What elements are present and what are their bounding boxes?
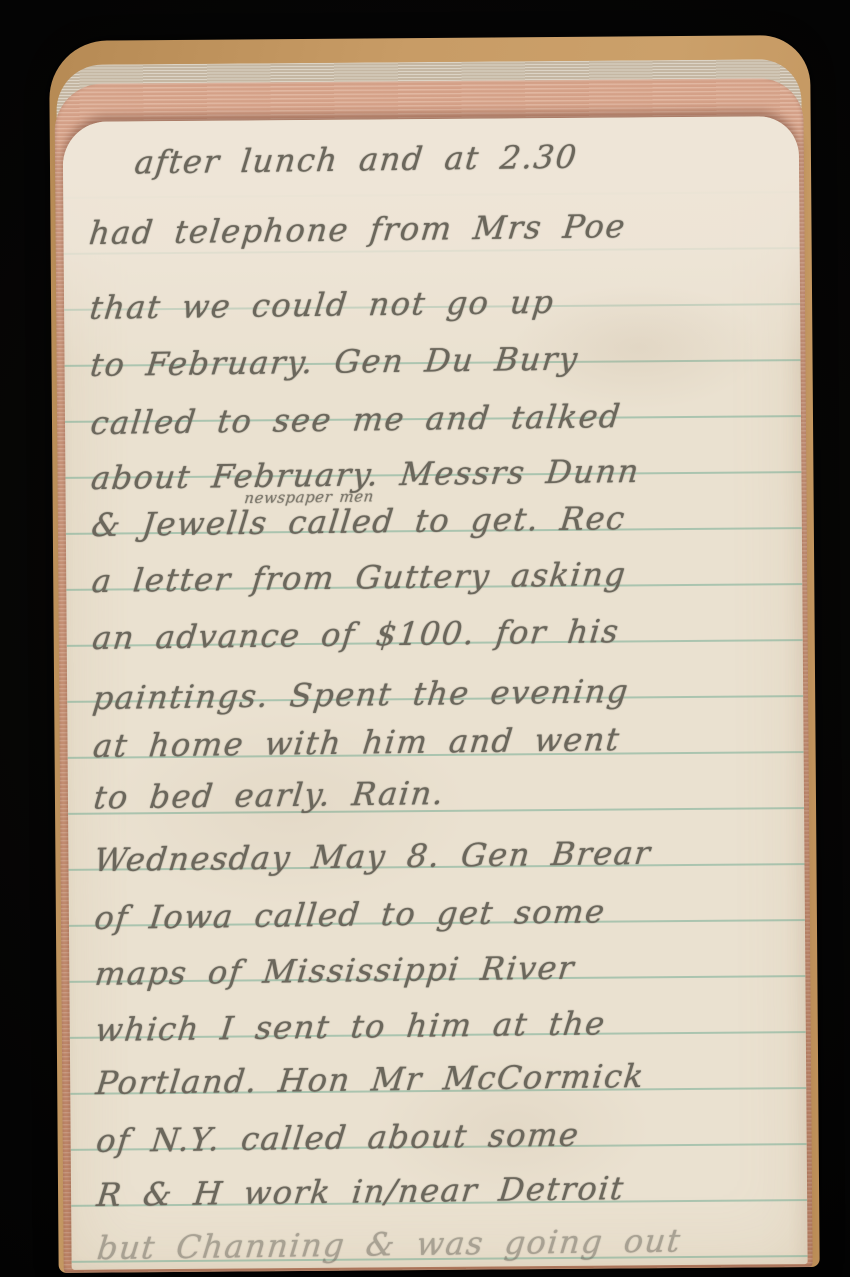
handwriting-line: at home with him and went — [91, 720, 622, 765]
handwriting-lines: after lunch and at 2.30had telephone fro… — [63, 116, 808, 1270]
handwriting-line: to bed early. Rain. — [92, 774, 447, 817]
handwriting-line: which I sent to him at the — [94, 1004, 608, 1049]
handwriting-line: but Channing & was going out — [95, 1222, 683, 1268]
handwriting-line: Portland. Hon Mr McCormick — [94, 1057, 647, 1102]
interline-note: newspaper men — [243, 487, 374, 507]
notebook: after lunch and at 2.30had telephone fro… — [49, 35, 820, 1273]
handwriting-line: maps of Mississippi River — [93, 949, 577, 993]
handwriting-line: that we could not go up — [88, 283, 557, 327]
handwriting-line: Wednesday May 8. Gen Brear — [92, 834, 653, 879]
handwriting-line: paintings. Spent the evening — [91, 672, 631, 717]
photo-background: after lunch and at 2.30had telephone fro… — [0, 0, 850, 1277]
handwriting-line: after lunch and at 2.30 — [133, 138, 580, 182]
handwriting-line: & Jewells called to get. Recnewspaper me… — [90, 499, 628, 544]
handwriting-line: to February. Gen Du Bury — [88, 340, 580, 384]
handwriting-line: R & H work in/near Detroit — [95, 1169, 627, 1214]
handwriting-line: a letter from Guttery asking — [90, 555, 629, 600]
handwriting-line: had telephone from Mrs Poe — [87, 207, 628, 252]
notebook-page: after lunch and at 2.30had telephone fro… — [63, 116, 808, 1270]
handwriting-line: an advance of $100. for his — [90, 612, 621, 657]
handwriting-line: called to see me and talked — [89, 397, 624, 442]
handwriting-line: of Iowa called to get some — [93, 892, 608, 937]
handwriting-line: of N.Y. called about some — [94, 1116, 581, 1160]
